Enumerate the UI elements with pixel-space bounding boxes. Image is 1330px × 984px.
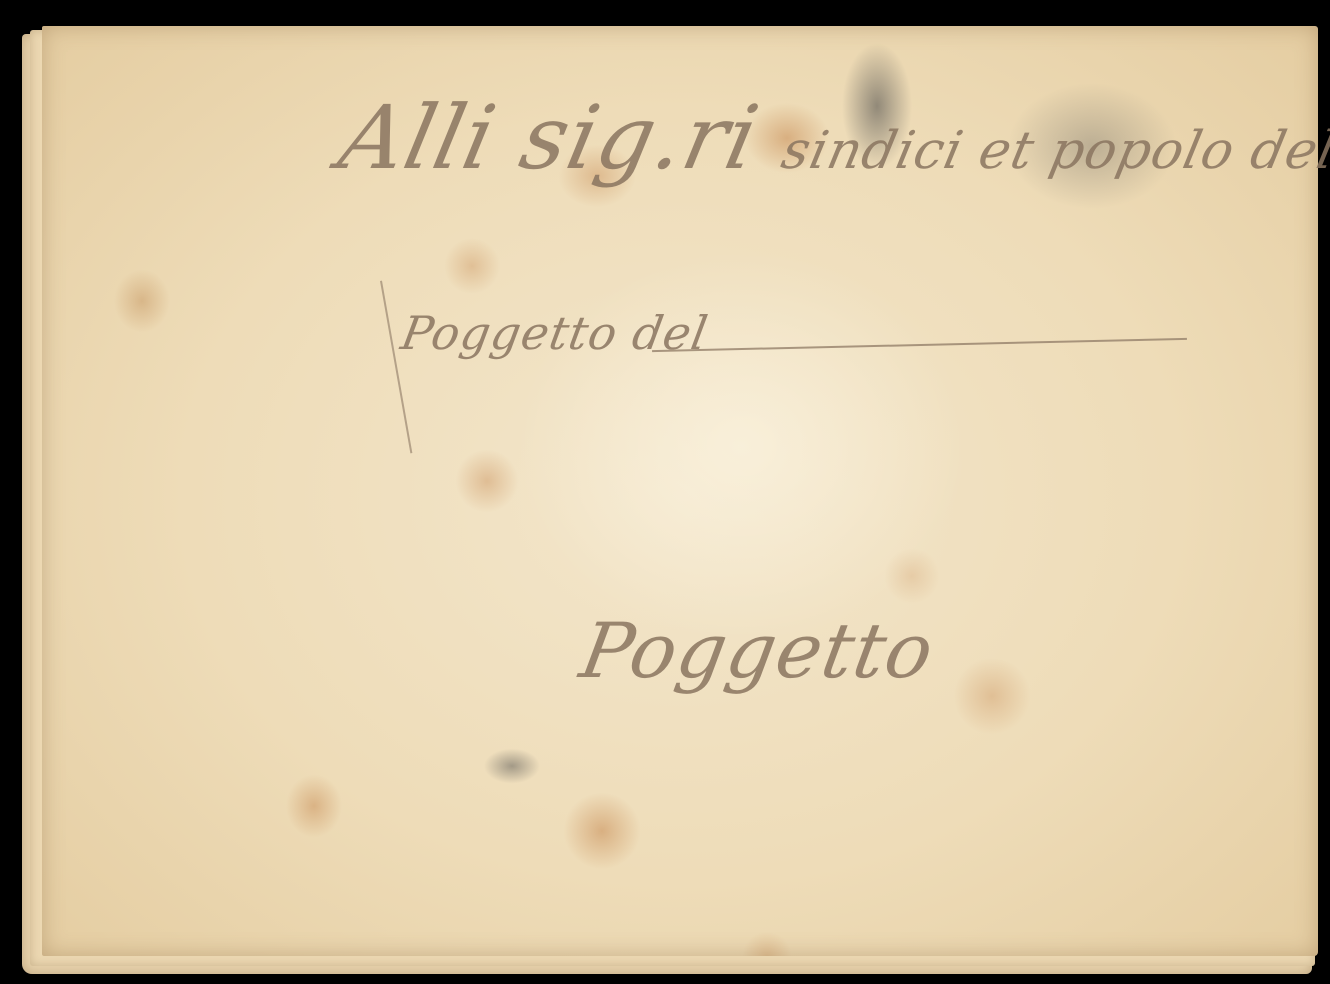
- address-line-2: Poggetto del: [397, 306, 712, 360]
- document-photo: Alli sig.ri sindici et popolo del Pogget…: [0, 0, 1330, 984]
- letter-front: Alli sig.ri sindici et popolo del Pogget…: [42, 26, 1318, 956]
- address-line-1: Alli sig.ri sindici et popolo del: [331, 86, 1330, 189]
- address-underline: [652, 338, 1187, 352]
- destination-place: Poggetto: [574, 606, 941, 695]
- address-recipients: sindici et popolo del: [777, 121, 1330, 181]
- address-salutation: Alli sig.ri: [331, 86, 768, 189]
